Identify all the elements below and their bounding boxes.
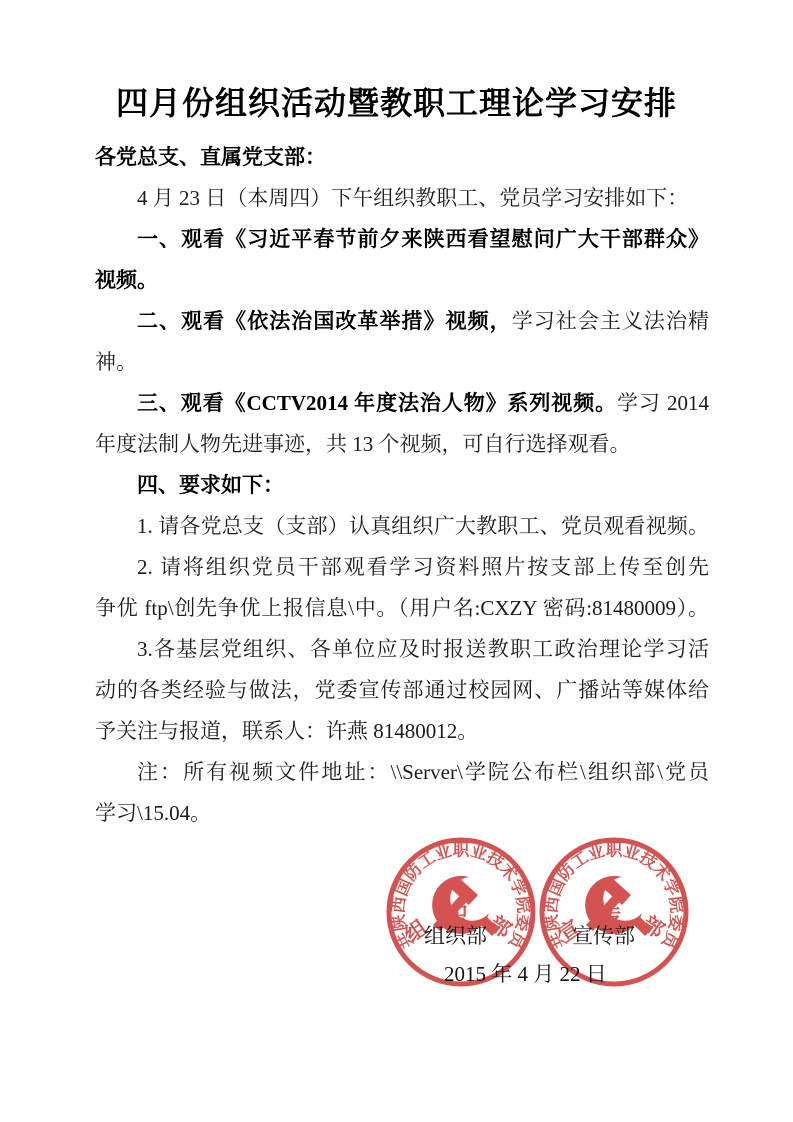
text-segment: 年度法制人物先进事迹，共 13 个视频，可自行选择观看。	[95, 432, 631, 456]
text-segment: 2. 请将组织党员干部观看学习资料照片按支部上传至创先	[137, 555, 709, 579]
text-line: 1. 请各党总支（支部）认真组织广大教职工、党员观看视频。	[95, 506, 709, 547]
text-segment: 一、观看《习近平春节前夕来陕西看望慰问广大干部群众》	[137, 227, 709, 251]
text-line: 一、观看《习近平春节前夕来陕西看望慰问广大干部群众》	[95, 219, 709, 260]
text-line: 注：所有视频文件地址：\\Server\学院公布栏\组织部\党员	[95, 752, 709, 793]
text-segment: 动的各类经验与做法，党委宣传部通过校园网、广播站等媒体给	[95, 678, 709, 702]
text-segment: 予关注与报道，联系人：许燕 81480012。	[95, 719, 478, 743]
text-line: 予关注与报道，联系人：许燕 81480012。	[95, 711, 709, 752]
text-segment: 各党总支、直属党支部：	[95, 145, 326, 169]
text-line: 2. 请将组织党员干部观看学习资料照片按支部上传至创先	[95, 547, 709, 588]
text-line: 争优 ftp\创先争优上报信息\中。（用户名:CXZY 密码:81480009）…	[95, 588, 709, 629]
document-date: 2015 年 4 月 22 日	[444, 961, 607, 987]
signature-propaganda-dept: 宣传部	[572, 924, 635, 948]
document-page: 四月份组织活动暨教职工理论学习安排 各党总支、直属党支部：4 月 23 日（本周…	[0, 0, 793, 1122]
text-segment: 学习\15.04。	[95, 801, 211, 825]
text-line: 神。	[95, 342, 709, 383]
text-segment: 视频。	[95, 268, 158, 292]
text-line: 年度法制人物先进事迹，共 13 个视频，可自行选择观看。	[95, 424, 709, 465]
signature-organization-dept: 组织部	[424, 924, 487, 948]
text-segment: 3.各基层党组织、各单位应及时报送教职工政治理论学习活	[137, 637, 709, 661]
text-segment: 注：所有视频文件地址：\\Server\学院公布栏\组织部\党员	[137, 760, 709, 784]
text-segment: 三、观看《CCTV2014 年度法治人物》系列视频。	[137, 391, 617, 415]
text-line: 三、观看《CCTV2014 年度法治人物》系列视频。学习 2014	[95, 383, 709, 424]
text-line: 各党总支、直属党支部：	[95, 137, 709, 178]
document-title: 四月份组织活动暨教职工理论学习安排	[0, 83, 793, 123]
text-segment: 二、观看《依法治国改革举措》视频，	[137, 309, 512, 333]
text-segment: 四、要求如下：	[137, 473, 284, 497]
text-segment: 神。	[95, 350, 137, 374]
text-segment: 1. 请各党总支（支部）认真组织广大教职工、党员观看视频。	[137, 514, 709, 538]
text-line: 动的各类经验与做法，党委宣传部通过校园网、广播站等媒体给	[95, 670, 709, 711]
text-line: 4 月 23 日（本周四）下午组织教职工、党员学习安排如下：	[95, 178, 709, 219]
text-line: 3.各基层党组织、各单位应及时报送教职工政治理论学习活	[95, 629, 709, 670]
document-body: 各党总支、直属党支部：4 月 23 日（本周四）下午组织教职工、党员学习安排如下…	[95, 137, 709, 834]
text-line: 二、观看《依法治国改革举措》视频，学习社会主义法治精	[95, 301, 709, 342]
text-line: 四、要求如下：	[95, 465, 709, 506]
text-segment: 4 月 23 日（本周四）下午组织教职工、党员学习安排如下：	[137, 186, 688, 210]
text-line: 视频。	[95, 260, 709, 301]
text-line: 学习\15.04。	[95, 793, 709, 834]
text-segment: 学习 2014	[617, 391, 709, 415]
text-segment: 争优 ftp\创先争优上报信息\中。（用户名:CXZY 密码:81480009）…	[95, 596, 709, 620]
text-segment: 学习社会主义法治精	[512, 309, 709, 333]
